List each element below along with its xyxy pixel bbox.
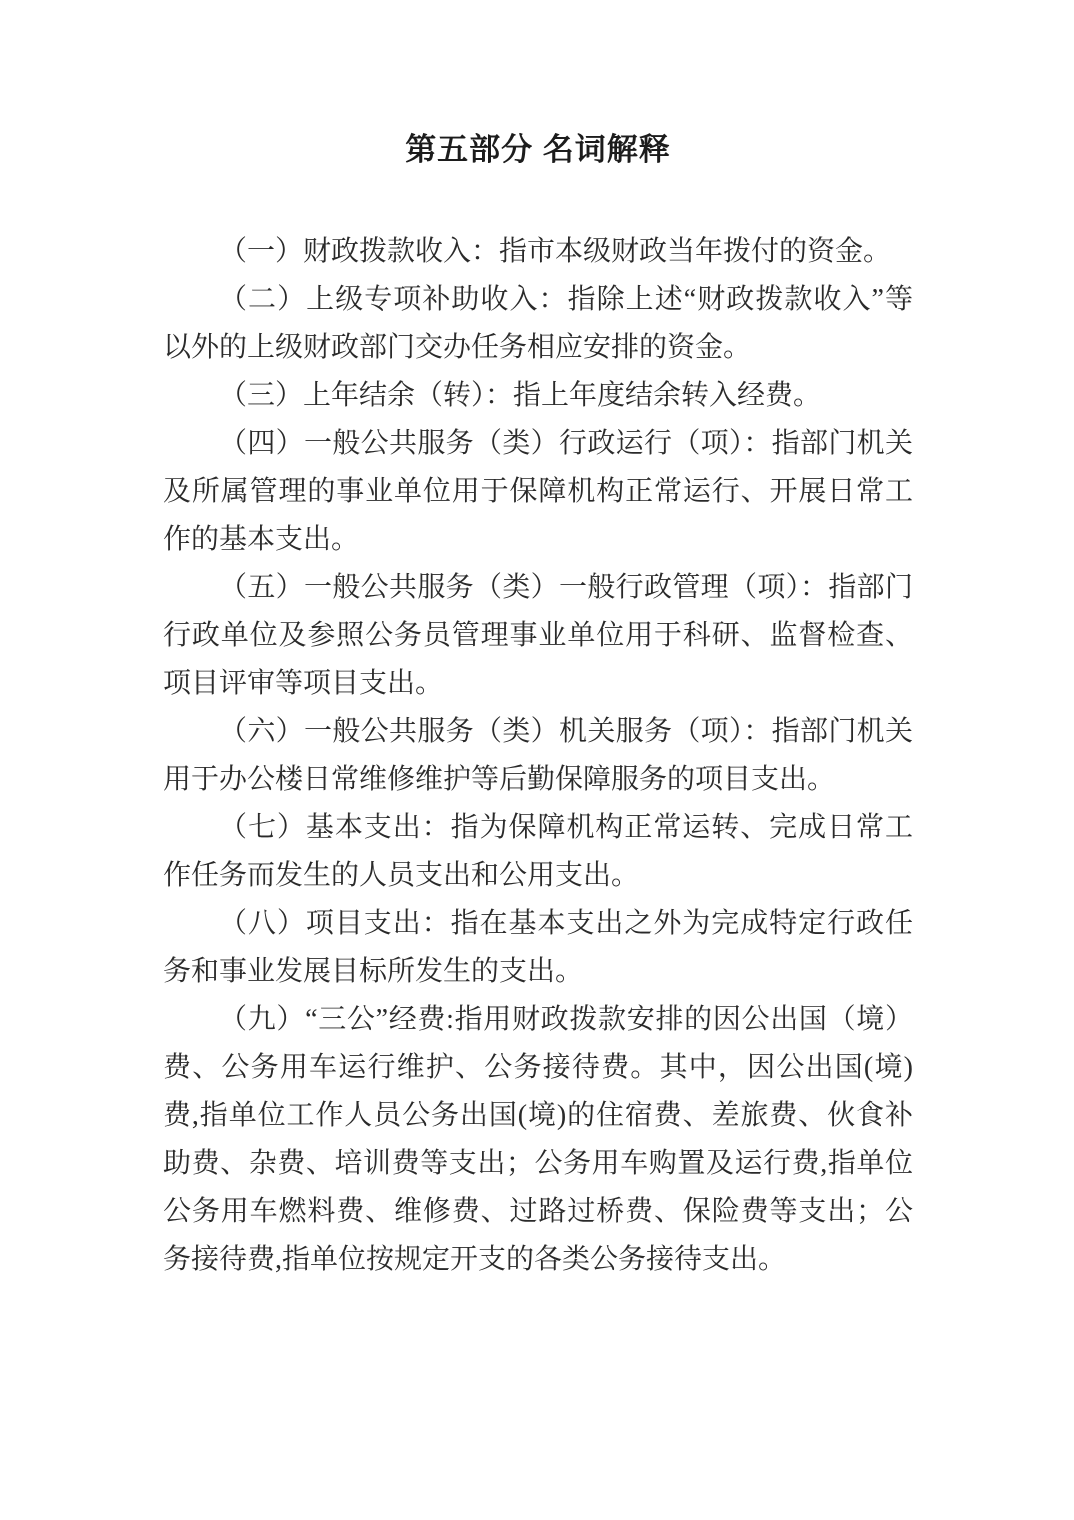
paragraph-definition-6: （六）一般公共服务（类）机关服务（项）：指部门机关用于办公楼日常维修维护等后勤保…	[163, 708, 913, 804]
paragraph-definition-9: （九）“三公”经费:指用财政拨款安排的因公出国（境）费、公务用车运行维护、公务接…	[163, 996, 913, 1284]
document-page: 第五部分 名词解释 （一）财政拨款收入：指市本级财政当年拨付的资金。 （二）上级…	[0, 0, 1074, 1520]
paragraph-definition-3: （三）上年结余（转）：指上年度结余转入经费。	[163, 372, 913, 420]
paragraph-definition-4: （四）一般公共服务（类）行政运行（项）：指部门机关及所属管理的事业单位用于保障机…	[163, 420, 913, 564]
paragraph-definition-7: （七）基本支出：指为保障机构正常运转、完成日常工作任务而发生的人员支出和公用支出…	[163, 804, 913, 900]
paragraph-definition-8: （八）项目支出：指在基本支出之外为完成特定行政任务和事业发展目标所发生的支出。	[163, 900, 913, 996]
paragraph-definition-1: （一）财政拨款收入：指市本级财政当年拨付的资金。	[163, 228, 913, 276]
page-title: 第五部分 名词解释	[163, 128, 913, 172]
paragraph-definition-2: （二）上级专项补助收入：指除上述“财政拨款收入”等以外的上级财政部门交办任务相应…	[163, 276, 913, 372]
paragraph-definition-5: （五）一般公共服务（类）一般行政管理（项）：指部门行政单位及参照公务员管理事业单…	[163, 564, 913, 708]
document-body: （一）财政拨款收入：指市本级财政当年拨付的资金。 （二）上级专项补助收入：指除上…	[163, 228, 913, 1284]
